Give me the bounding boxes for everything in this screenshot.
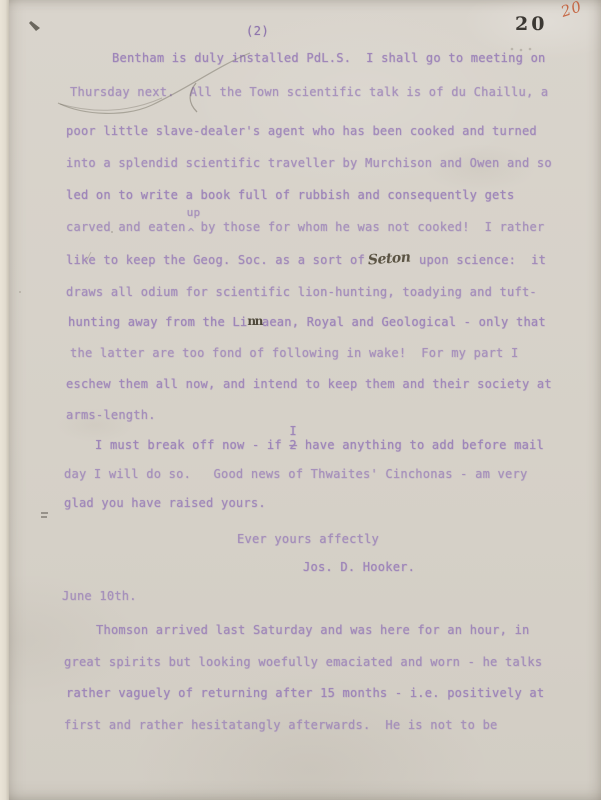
letter-line: poor little slave-dealer's agent who has…: [66, 123, 537, 139]
typed-text: led on to write a book full of rubbish a…: [66, 188, 514, 202]
typed-text: carved and eaten: [66, 220, 186, 234]
typed-page-number: (2): [246, 24, 269, 38]
letter-line: led on to write a book full of rubbish a…: [66, 187, 514, 203]
margin-equals-mark: [41, 513, 48, 517]
paper-blemish: [29, 21, 40, 31]
letter-line: the latter are too fond of following in …: [70, 345, 518, 361]
handwritten-correction: nn: [247, 313, 261, 329]
typed-text: Thomson arrived last Saturday and was he…: [96, 623, 530, 637]
letter-line: arms-length.: [66, 407, 156, 423]
handwritten-folio-number: 20: [559, 0, 585, 21]
inserted-word-above-caret: up^: [186, 219, 201, 231]
typed-text: have anything to add before mail: [297, 438, 544, 452]
pencil-marks: [0, 0, 601, 800]
typed-text: aean, Royal and Geological - only that: [262, 315, 546, 329]
typed-text: Jos. D. Hooker.: [303, 560, 415, 574]
letter-line: I must break off now - if I2 have anythi…: [95, 437, 544, 453]
typed-text: hunting away from the Li: [68, 315, 247, 329]
typed-text: like to keep the Geog. Soc. as a sort of: [66, 253, 365, 267]
correction-above: I: [289, 423, 296, 439]
letter-line: carved and eatenup^by those for whom he …: [66, 219, 544, 235]
letter-line: rather vaguely of returning after 15 mon…: [66, 685, 544, 701]
typed-text: poor little slave-dealer's agent who has…: [66, 124, 537, 138]
typed-text: Bentham is duly installed PdL.S. I shall…: [112, 51, 546, 65]
overtyped-correction: I2: [289, 437, 297, 453]
typed-text: rather vaguely of returning after 15 mon…: [66, 686, 544, 700]
letter-line: June 10th.: [62, 588, 137, 604]
letter-line: first and rather hesitatangly afterwards…: [64, 717, 498, 733]
typed-text: I must break off now - if: [95, 438, 289, 452]
typed-text: arms-length.: [66, 408, 156, 422]
typed-text: day I will do so. Good news of Thwaites'…: [64, 467, 527, 481]
page-left-edge: [0, 0, 9, 800]
letter-line: day I will do so. Good news of Thwaites'…: [64, 466, 527, 482]
inserted-word: up: [187, 205, 201, 221]
typed-text: by those for whom he was not cooked! I r…: [201, 220, 545, 234]
typed-text: June 10th.: [62, 589, 137, 603]
caret-mark: ^: [188, 225, 195, 241]
letter-line: draws all odium for scientific lion-hunt…: [66, 284, 537, 300]
letter-page-scan: (2) 20 20 Bentham is duly installed PdL.…: [0, 0, 601, 800]
typed-text: eschew them all now, and intend to keep …: [66, 377, 552, 391]
letter-line: Ever yours affectly: [237, 531, 379, 547]
typed-text: the latter are too fond of following in …: [70, 346, 518, 360]
typed-text: first and rather hesitatangly afterwards…: [64, 718, 498, 732]
typed-text: glad you have raised yours.: [64, 496, 266, 510]
typed-text: draws all odium for scientific lion-hunt…: [66, 285, 537, 299]
letter-line: into a splendid scientific traveller by …: [66, 155, 552, 171]
letter-line: glad you have raised yours.: [64, 495, 266, 511]
typed-text: great spirits but looking woefully emaci…: [64, 655, 542, 669]
typed-text: Ever yours affectly: [237, 532, 379, 546]
letter-line: great spirits but looking woefully emaci…: [64, 654, 542, 670]
struck-character: 2: [289, 438, 296, 452]
paper-speck: [19, 291, 21, 293]
letter-line: Thursday next. All the Town scientific t…: [70, 84, 548, 100]
typed-text: Thursday next. All the Town scientific t…: [70, 85, 548, 99]
letter-line: hunting away from the Linnaean, Royal an…: [68, 314, 546, 330]
letter-line: like to keep the Geog. Soc. as a sort of…: [66, 252, 546, 268]
typed-text: upon science: it: [412, 253, 547, 267]
typed-text: into a splendid scientific traveller by …: [66, 156, 552, 170]
letter-line: Jos. D. Hooker.: [303, 559, 415, 575]
letter-line: Thomson arrived last Saturday and was he…: [96, 622, 530, 638]
letter-line: eschew them all now, and intend to keep …: [66, 376, 552, 392]
letter-line: Bentham is duly installed PdL.S. I shall…: [112, 50, 546, 66]
handwritten-correction: Seton: [367, 250, 411, 269]
folio-number: 20: [515, 13, 547, 35]
